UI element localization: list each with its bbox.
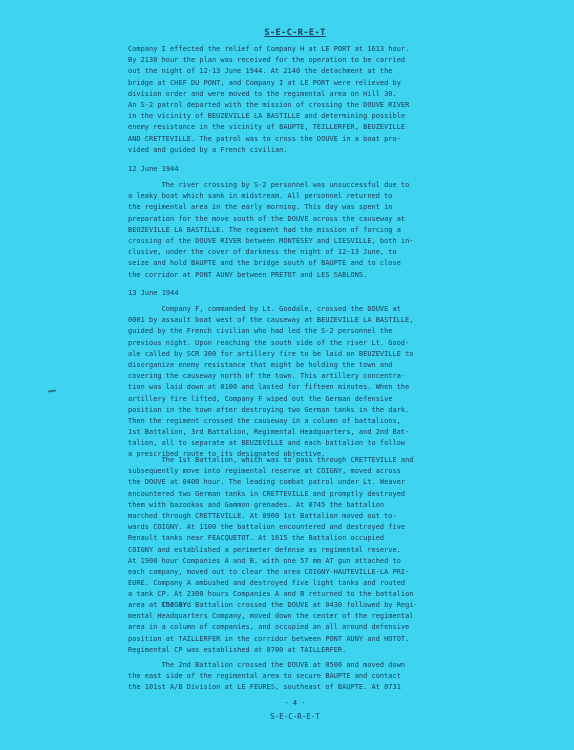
text-line: each company, moved out to clear the are… <box>128 567 458 578</box>
paragraph-river-crossing: The river crossing by S-2 personnel was … <box>128 180 458 281</box>
text-line: Company F, commanded by Lt. Goodale, cro… <box>128 304 458 315</box>
text-line: AND CRETTEVILLE. The patrol was to cross… <box>128 134 458 145</box>
text-line: Renault tanks near FEACQUETOT. At 1615 t… <box>128 533 458 544</box>
text-line: vided and guided by a French civilian. <box>128 145 458 156</box>
text-line: mental Headquarters Company, moved down … <box>128 611 458 622</box>
date-heading-13-june: 13 June 1944 <box>128 289 179 297</box>
text-line: preparation for the move south of the DO… <box>128 214 458 225</box>
text-line: guided by the French civilian who had le… <box>128 326 458 337</box>
paragraph-company-f: Company F, commanded by Lt. Goodale, cro… <box>128 304 458 461</box>
page-number: - 4 - <box>0 699 574 707</box>
text-line: position in the town after destroying tw… <box>128 405 458 416</box>
document-page: S-E-C-R-E-T Company I effected the relie… <box>0 0 574 750</box>
text-line: crossing of the DOUVE RIVER between MONT… <box>128 236 458 247</box>
date-heading-12-june: 12 June 1944 <box>128 165 179 173</box>
text-line: By 2130 hour the plan was received for t… <box>128 55 458 66</box>
text-line: ale called by SCR 300 for artillery fire… <box>128 349 458 360</box>
text-line: 1st Battalion, 3rd Battalion, Regimental… <box>128 427 458 438</box>
text-line: division order and were moved to the reg… <box>128 89 458 100</box>
text-line: The 2nd Battalion crossed the DOUVE at 0… <box>128 660 458 671</box>
text-line: previous night. Upon reaching the south … <box>128 338 458 349</box>
text-line: The river crossing by S-2 personnel was … <box>128 180 458 191</box>
text-line: a tank CP. At 2300 hours Companies A and… <box>128 589 458 600</box>
text-line: The 1st Battalion, which was to pass thr… <box>128 455 458 466</box>
text-line: a leaky boat which sank in midstream. Al… <box>128 191 458 202</box>
text-line: artillery fire lifted, Company F wiped o… <box>128 394 458 405</box>
paragraph-2nd-battalion: The 2nd Battalion crossed the DOUVE at 0… <box>128 660 458 694</box>
text-line: EURE. Company A ambushed and destroyed f… <box>128 578 458 589</box>
text-line: the DOUVE at 0400 hour. The leading comb… <box>128 477 458 488</box>
text-line: bridge at CHEF DU PONT, and Company I at… <box>128 78 458 89</box>
text-line: The 3rd Battalion crossed the DOUVE at 0… <box>128 600 458 611</box>
text-line: BEUZEVILLE LA BASTILLE. The regiment had… <box>128 225 458 236</box>
text-line: position at TAILLERFER in the corridor b… <box>128 634 458 645</box>
text-line: the regimental area in the early morning… <box>128 202 458 213</box>
text-line: disorganize enemy resistance that might … <box>128 360 458 371</box>
text-line: An S-2 patrol departed with the mission … <box>128 100 458 111</box>
text-line: Regimental CP was established at 0700 at… <box>128 645 458 656</box>
paragraph-3rd-battalion: The 3rd Battalion crossed the DOUVE at 0… <box>128 600 458 656</box>
text-line: tion was laid down at 0100 and lasted fo… <box>128 382 458 393</box>
paragraph-1st-battalion: The 1st Battalion, which was to pass thr… <box>128 455 458 612</box>
text-line: in the vicinity of BEUZEVILLE LA BASTILL… <box>128 111 458 122</box>
text-line: Company I effected the relief of Company… <box>128 44 458 55</box>
text-line: clusive, under the cover of darkness the… <box>128 247 458 258</box>
classification-footer: S-E-C-R-E-T <box>0 712 574 721</box>
text-line: area in a column of companies, and occup… <box>128 622 458 633</box>
text-line: seize and hold BAUPTE and the bridge sou… <box>128 258 458 269</box>
text-line: At 1900 hour Companies A and B, with one… <box>128 556 458 567</box>
text-line: subsequently move into regimental reserv… <box>128 466 458 477</box>
text-line: encountered two German tanks in CRETTEVI… <box>128 489 458 500</box>
text-line: enemy resistance in the vicinity of BAUP… <box>128 122 458 133</box>
text-line: them with bazookas and Gammon grenades. … <box>128 500 458 511</box>
text-line: the east side of the regimental area to … <box>128 671 458 682</box>
text-line: wards COIGNY. At 1100 the battalion enco… <box>128 522 458 533</box>
text-line: 0001 by assault boat west of the causewa… <box>128 315 458 326</box>
text-line: out the night of 12-13 June 1944. At 214… <box>128 66 458 77</box>
text-line: COIGNY and established a perimeter defen… <box>128 545 458 556</box>
scan-mark <box>48 389 56 392</box>
text-line: marched through CRETTEVILLE. At 0900 1st… <box>128 511 458 522</box>
text-line: talion, all to separate at BEUZEVILLE an… <box>128 438 458 449</box>
text-line: the 101st A/B Division at LE FEURES, sou… <box>128 682 458 693</box>
classification-header: S-E-C-R-E-T <box>0 28 574 38</box>
text-line: covering the causeway north of the town.… <box>128 371 458 382</box>
paragraph-relief: Company I effected the relief of Company… <box>128 44 458 156</box>
text-line: the corridor at PONT AUNY between PRETOT… <box>128 270 458 281</box>
text-line: Then the regiment crossed the causeway i… <box>128 416 458 427</box>
